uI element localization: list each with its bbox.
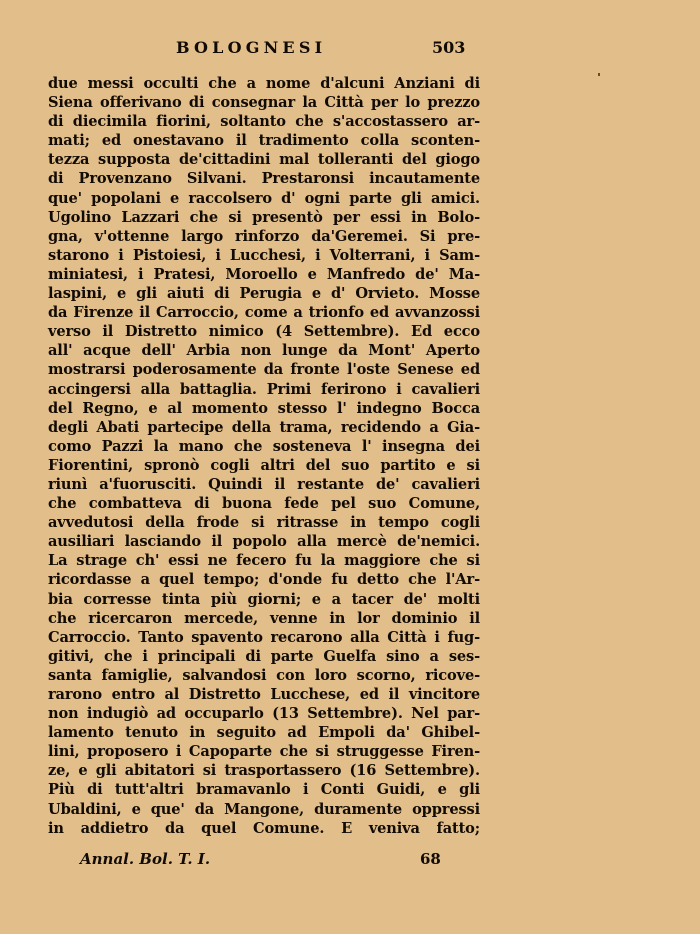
text-line: rarono entro al Distretto Lucchese, ed i… [48,685,480,704]
text-line: all' acque dell' Arbia non lunge da Mont… [48,341,480,360]
text-line: che combatteva di buona fede pel suo Com… [48,494,480,513]
text-line: Carroccio. Tanto spavento recarono alla … [48,628,480,647]
text-line: ze, e gli abitatori si trasportassero (1… [48,761,480,780]
text-line: lamento tenuto in seguito ad Empoli da' … [48,723,480,742]
body-text: due messi occulti che a nome d'alcuni An… [48,74,480,838]
running-title: BOLOGNESI [176,38,326,57]
text-line: starono i Pistoiesi, i Lucchesi, i Volte… [48,246,480,265]
text-line: di Provenzano Silvani. Prestaronsi incau… [48,169,480,188]
text-line: ausiliari lasciando il popolo alla mercè… [48,532,480,551]
text-line: due messi occulti che a nome d'alcuni An… [48,74,480,93]
text-line: santa famiglie, salvandosi con loro scor… [48,666,480,685]
text-line: da Firenze il Carroccio, come a trionfo … [48,303,480,322]
text-line: bia corresse tinta più giorni; e a tacer… [48,590,480,609]
text-line: que' popolani e raccolsero d' ogni parte… [48,189,480,208]
text-line: gitivi, che i principali di parte Guelfa… [48,647,480,666]
text-line: miniatesi, i Pratesi, Moroello e Manfred… [48,265,480,284]
text-line: tezza supposta de'cittadini mal tolleran… [48,150,480,169]
page-number: 503 [432,38,465,57]
text-line: riunì a'fuorusciti. Quindi il restante d… [48,475,480,494]
signature-mark: Annal. Bol. T. I. [80,850,210,868]
text-line: verso il Distretto nimico (4 Settembre).… [48,322,480,341]
text-line: lini, proposero i Capoparte che si strug… [48,742,480,761]
text-line: avvedutosi della frode si ritrasse in te… [48,513,480,532]
text-line: laspini, e gli aiuti di Perugia e d' Orv… [48,284,480,303]
text-line: ricordasse a quel tempo; d'onde fu detto… [48,570,480,589]
text-line: in addietro da quel Comune. E veniva fat… [48,819,480,838]
text-line: mati; ed onestavano il tradimento colla … [48,131,480,150]
signature-number: 68 [420,850,441,868]
text-line: degli Abati partecipe della trama, recid… [48,418,480,437]
text-line: mostrarsi poderosamente da fronte l'oste… [48,360,480,379]
text-line: gna, v'ottenne largo rinforzo da'Geremei… [48,227,480,246]
paper-speck [598,73,600,76]
running-head: BOLOGNESI 503 [0,38,700,60]
text-line: Ubaldini, e que' da Mangone, duramente o… [48,800,480,819]
text-line: La strage ch' essi ne fecero fu la maggi… [48,551,480,570]
text-line: accingersi alla battaglia. Primi feriron… [48,380,480,399]
text-line: che ricercaron mercede, venne in lor dom… [48,609,480,628]
text-line: del Regno, e al momento stesso l' indegn… [48,399,480,418]
text-line: di diecimila fiorini, soltanto che s'acc… [48,112,480,131]
text-line: Fiorentini, spronò cogli altri del suo p… [48,456,480,475]
text-line: como Pazzi la mano che sosteneva l' inse… [48,437,480,456]
text-line: Siena offerivano di consegnar la Città p… [48,93,480,112]
text-line: Più di tutt'altri bramavanlo i Conti Gui… [48,780,480,799]
text-line: non indugiò ad occuparlo (13 Settembre).… [48,704,480,723]
text-line: Ugolino Lazzari che si presentò per essi… [48,208,480,227]
signature-line: Annal. Bol. T. I. 68 [0,850,700,872]
